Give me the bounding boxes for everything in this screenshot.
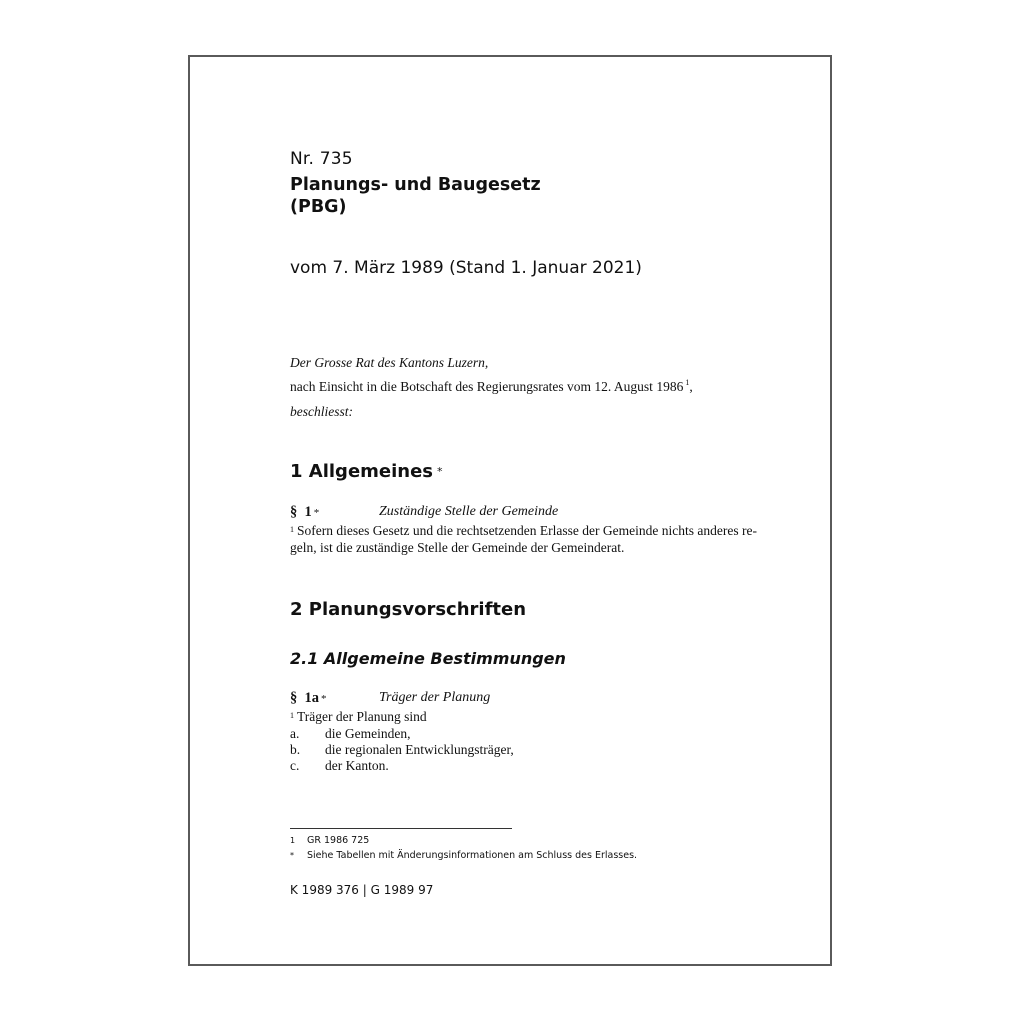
footnote-divider — [290, 828, 512, 829]
footnote: 1GR 1986 725 — [290, 835, 369, 846]
document-page: Nr. 735 Planungs- und Baugesetz (PBG) vo… — [188, 55, 832, 966]
list-item: b.die regionalen Entwicklungsträger, — [290, 742, 514, 758]
source-reference: K 1989 376 | G 1989 97 — [290, 883, 433, 897]
law-title-line2: (PBG) — [290, 196, 541, 218]
section-heading-1: 1 Allgemeines* — [290, 461, 443, 482]
change-mark: * — [314, 507, 320, 519]
paragraph-text: Träger der Planung sind — [297, 709, 427, 724]
change-mark: * — [321, 693, 327, 705]
paragraph-title-1: Zuständige Stelle der Gemeinde — [379, 504, 558, 520]
law-date: vom 7. März 1989 (Stand 1. Januar 2021) — [290, 258, 642, 278]
list-item: a.die Gemeinden, — [290, 726, 410, 742]
footnote-text: GR 1986 725 — [307, 835, 369, 846]
list-text: die Gemeinden, — [325, 726, 410, 741]
preamble-reference: nach Einsicht in die Botschaft des Regie… — [290, 379, 693, 395]
preamble-authority: Der Grosse Rat des Kantons Luzern, — [290, 355, 488, 371]
footnote-mark: * — [290, 851, 307, 860]
footnote-text: Siehe Tabellen mit Änderungsinformatione… — [307, 850, 637, 861]
law-title: Planungs- und Baugesetz (PBG) — [290, 174, 541, 218]
list-letter: b. — [290, 742, 325, 758]
preamble-reference-text: nach Einsicht in die Botschaft des Regie… — [290, 379, 683, 394]
list-letter: a. — [290, 726, 325, 742]
paragraph-number-1: § 1* — [290, 504, 319, 521]
change-mark: * — [437, 465, 443, 478]
paragraph-body-1: 1Sofern dieses Gesetz und die rechtsetze… — [290, 523, 757, 556]
paragraph-title-1a: Träger der Planung — [379, 690, 490, 706]
list-text: die regionalen Entwicklungsträger, — [325, 742, 514, 757]
footnote-mark: 1 — [290, 836, 307, 845]
paragraph-text: Sofern dieses Gesetz und die rechtsetzen… — [297, 523, 757, 538]
paragraph-symbol: § — [290, 690, 297, 706]
section-heading-text: 1 Allgemeines — [290, 461, 433, 482]
paragraph-number: 1 — [305, 504, 312, 520]
list-letter: c. — [290, 758, 325, 774]
paragraph-number-1a: § 1a* — [290, 690, 327, 707]
footnote: *Siehe Tabellen mit Änderungsinformation… — [290, 850, 637, 861]
list-text: der Kanton. — [325, 758, 389, 773]
footnote-ref[interactable]: 1 — [685, 378, 689, 387]
paragraph-line: 1Sofern dieses Gesetz und die rechtsetze… — [290, 523, 757, 540]
paragraph-body-1a: 1Träger der Planung sind — [290, 709, 427, 726]
section-heading-2: 2 Planungsvorschriften — [290, 599, 526, 620]
preamble-resolution: beschliesst: — [290, 404, 353, 420]
list-item: c.der Kanton. — [290, 758, 389, 774]
subsection-heading-2-1: 2.1 Allgemeine Bestimmungen — [290, 649, 566, 668]
absatz-number: 1 — [290, 711, 294, 720]
paragraph-number: 1a — [305, 690, 320, 706]
law-title-line1: Planungs- und Baugesetz — [290, 174, 541, 196]
paragraph-line: geln, ist die zuständige Stelle der Geme… — [290, 540, 757, 557]
preamble-punct: , — [689, 379, 692, 394]
law-number: Nr. 735 — [290, 149, 353, 169]
absatz-number: 1 — [290, 525, 294, 534]
paragraph-symbol: § — [290, 504, 297, 520]
